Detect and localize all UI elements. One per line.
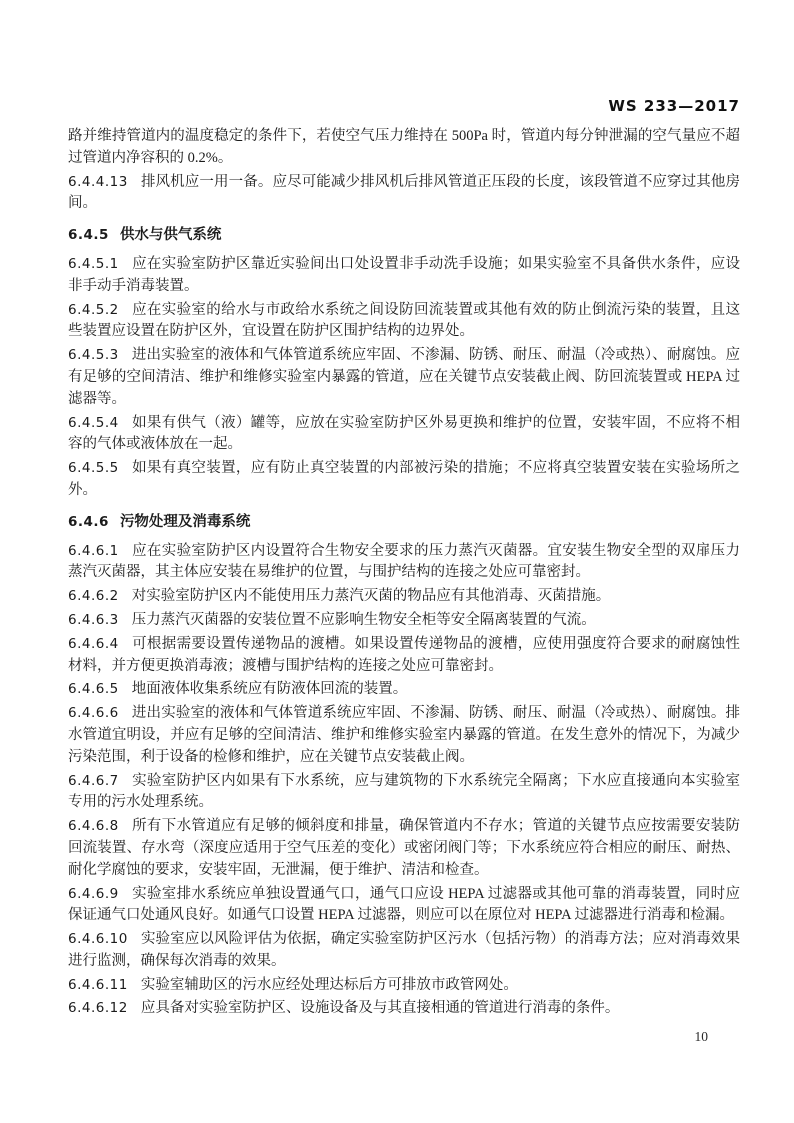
clause-paragraph: 6.4.5.5如果有真空装置，应有防止真空装置的内部被污染的措施；不应将真空装置… bbox=[68, 458, 740, 502]
clause-paragraph: 路并维持管道内的温度稳定的条件下，若使空气压力维持在 500Pa 时，管道内每分… bbox=[68, 126, 740, 170]
clause-number: 6.4.6 bbox=[68, 514, 109, 530]
clause-number: 6.4.6.4 bbox=[68, 636, 119, 652]
clause-text: 压力蒸汽灭菌器的安装位置不应影响生物安全柜等安全隔离装置的气流。 bbox=[132, 612, 596, 628]
clause-number: 6.4.6.6 bbox=[68, 705, 119, 721]
clause-text: 进出实验室的液体和气体管道系统应牢固、不渗漏、防锈、耐压、耐温（冷或热）、耐腐蚀… bbox=[68, 347, 740, 407]
section-heading: 6.4.5供水与供气系统 bbox=[68, 225, 740, 247]
clause-number: 6.4.6.7 bbox=[68, 773, 119, 789]
clause-paragraph: 6.4.6.10实验室应以风险评估为依据，确定实验室防护区污水（包括污物）的消毒… bbox=[68, 929, 740, 973]
clause-text: 对实验室防护区内不能使用压力蒸汽灭菌的物品应有其他消毒、灭菌措施。 bbox=[132, 588, 611, 604]
clause-paragraph: 6.4.6.5地面液体收集系统应有防液体回流的装置。 bbox=[68, 679, 740, 701]
clause-paragraph: 6.4.6.11实验室辅助区的污水应经处理达标后方可排放市政管网处。 bbox=[68, 975, 740, 997]
clause-text: 应在实验室防护区靠近实验间出口处设置非手动洗手设施；如果实验室不具备供水条件，应… bbox=[68, 256, 740, 294]
clause-number: 6.4.5.3 bbox=[68, 347, 119, 363]
clause-number: 6.4.5.1 bbox=[68, 256, 119, 272]
clause-number: 6.4.6.11 bbox=[68, 977, 128, 993]
clause-text: 地面液体收集系统应有防液体回流的装置。 bbox=[132, 681, 408, 697]
clause-number: 6.4.6.12 bbox=[68, 1000, 128, 1016]
document-body: 路并维持管道内的温度稳定的条件下，若使空气压力维持在 500Pa 时，管道内每分… bbox=[68, 126, 740, 1022]
clause-paragraph: 6.4.6.8所有下水管道应有足够的倾斜度和排量，确保管道内不存水；管道的关键节… bbox=[68, 816, 740, 881]
clause-text: 如果有供气（液）罐等，应放在实验室防护区外易更换和维护的位置，安装牢固，不应将不… bbox=[68, 415, 740, 453]
clause-text: 如果有真空装置，应有防止真空装置的内部被污染的措施；不应将真空装置安装在实验场所… bbox=[68, 460, 740, 498]
standard-number-header: WS 233—2017 bbox=[608, 97, 740, 115]
clause-text: 实验室辅助区的污水应经处理达标后方可排放市政管网处。 bbox=[141, 977, 518, 993]
clause-number: 6.4.5.5 bbox=[68, 460, 119, 476]
clause-text: 应在实验室的给水与市政给水系统之间设防回流装置或其他有效的防止倒流污染的装置，且… bbox=[68, 302, 740, 340]
clause-number: 6.4.6.8 bbox=[68, 818, 119, 834]
clause-text: 排风机应一用一备。应尽可能减少排风机后排风管道正压段的长度，该段管道不应穿过其他… bbox=[68, 174, 740, 212]
clause-text: 应具备对实验室防护区、设施设备及与其直接相通的管道进行消毒的条件。 bbox=[141, 1000, 620, 1016]
clause-paragraph: 6.4.5.1应在实验室防护区靠近实验间出口处设置非手动洗手设施；如果实验室不具… bbox=[68, 254, 740, 298]
clause-text: 实验室防护区内如果有下水系统，应与建筑物的下水系统完全隔离；下水应直接通向本实验… bbox=[68, 773, 740, 811]
clause-number: 6.4.6.1 bbox=[68, 543, 119, 559]
clause-text: 实验室应以风险评估为依据，确定实验室防护区污水（包括污物）的消毒方法；应对消毒效… bbox=[68, 931, 740, 969]
clause-number: 6.4.5.4 bbox=[68, 415, 119, 431]
clause-number: 6.4.5.2 bbox=[68, 302, 119, 318]
clause-paragraph: 6.4.4.13排风机应一用一备。应尽可能减少排风机后排风管道正压段的长度，该段… bbox=[68, 172, 740, 216]
clause-paragraph: 6.4.6.2对实验室防护区内不能使用压力蒸汽灭菌的物品应有其他消毒、灭菌措施。 bbox=[68, 586, 740, 608]
clause-paragraph: 6.4.6.1应在实验室防护区内设置符合生物安全要求的压力蒸汽灭菌器。宜安装生物… bbox=[68, 541, 740, 585]
clause-number: 6.4.6.5 bbox=[68, 681, 119, 697]
clause-paragraph: 6.4.5.3进出实验室的液体和气体管道系统应牢固、不渗漏、防锈、耐压、耐温（冷… bbox=[68, 345, 740, 410]
clause-paragraph: 6.4.5.2应在实验室的给水与市政给水系统之间设防回流装置或其他有效的防止倒流… bbox=[68, 300, 740, 344]
clause-number: 6.4.6.3 bbox=[68, 612, 119, 628]
clause-number: 6.4.6.2 bbox=[68, 588, 119, 604]
page-number: 10 bbox=[695, 1029, 709, 1045]
clause-number: 6.4.6.9 bbox=[68, 886, 119, 902]
section-heading-text: 供水与供气系统 bbox=[120, 227, 222, 243]
clause-paragraph: 6.4.6.4可根据需要设置传递物品的渡槽。如果设置传递物品的渡槽，应使用强度符… bbox=[68, 634, 740, 678]
section-heading-text: 污物处理及消毒系统 bbox=[120, 514, 251, 530]
clause-number: 6.4.4.13 bbox=[68, 174, 128, 190]
clause-paragraph: 6.4.6.12应具备对实验室防护区、设施设备及与其直接相通的管道进行消毒的条件… bbox=[68, 998, 740, 1020]
clause-paragraph: 6.4.6.3压力蒸汽灭菌器的安装位置不应影响生物安全柜等安全隔离装置的气流。 bbox=[68, 610, 740, 632]
clause-text: 实验室排水系统应单独设置通气口，通气口应设 HEPA 过滤器或其他可靠的消毒装置… bbox=[68, 886, 740, 924]
clause-number: 6.4.5 bbox=[68, 227, 109, 243]
section-heading: 6.4.6污物处理及消毒系统 bbox=[68, 512, 740, 534]
clause-text: 所有下水管道应有足够的倾斜度和排量，确保管道内不存水；管道的关键节点应按需要安装… bbox=[68, 818, 740, 878]
clause-paragraph: 6.4.6.9实验室排水系统应单独设置通气口，通气口应设 HEPA 过滤器或其他… bbox=[68, 884, 740, 928]
clause-paragraph: 6.4.6.7实验室防护区内如果有下水系统，应与建筑物的下水系统完全隔离；下水应… bbox=[68, 771, 740, 815]
clause-text: 进出实验室的液体和气体管道系统应牢固、不渗漏、防锈、耐压、耐温（冷或热）、耐腐蚀… bbox=[68, 705, 740, 765]
document-page: WS 233—2017 路并维持管道内的温度稳定的条件下，若使空气压力维持在 5… bbox=[0, 0, 794, 1123]
clause-paragraph: 6.4.5.4如果有供气（液）罐等，应放在实验室防护区外易更换和维护的位置，安装… bbox=[68, 413, 740, 457]
clause-text: 应在实验室防护区内设置符合生物安全要求的压力蒸汽灭菌器。宜安装生物安全型的双扉压… bbox=[68, 543, 740, 581]
clause-text: 路并维持管道内的温度稳定的条件下，若使空气压力维持在 500Pa 时，管道内每分… bbox=[68, 128, 740, 166]
clause-paragraph: 6.4.6.6进出实验室的液体和气体管道系统应牢固、不渗漏、防锈、耐压、耐温（冷… bbox=[68, 703, 740, 768]
clause-number: 6.4.6.10 bbox=[68, 931, 128, 947]
clause-text: 可根据需要设置传递物品的渡槽。如果设置传递物品的渡槽，应使用强度符合要求的耐腐蚀… bbox=[68, 636, 740, 674]
